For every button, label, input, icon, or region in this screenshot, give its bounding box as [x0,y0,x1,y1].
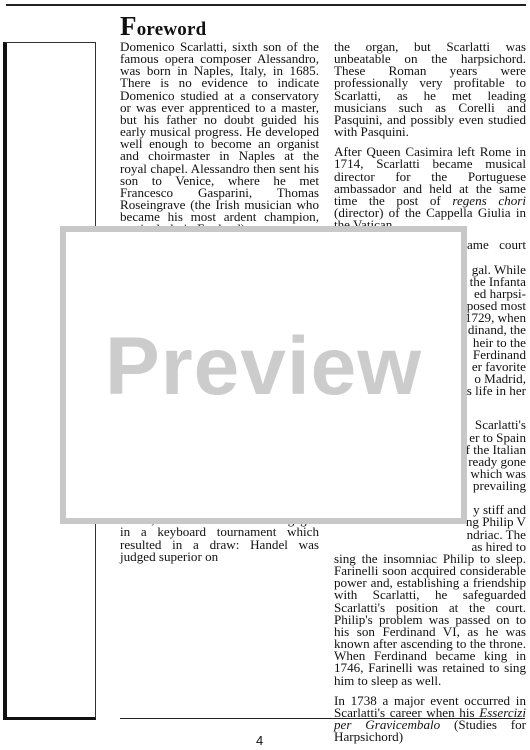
bottom-rule [120,718,525,719]
paragraph: y stiff andng Philip Vndriac. Theas hire… [334,504,526,686]
paragraph: Domenico Scarlatti, sixth son of the fam… [120,41,319,236]
paragraph: After Queen Casimira left Rome in 1714, … [334,146,526,231]
title-initial: F [120,11,137,41]
paragraph: the organ, but Scarlatti was unbeatable … [334,41,526,138]
paragraph-text: Domenico Scarlatti, sixth son of the fam… [120,39,319,236]
title-rest: oreword [137,19,207,40]
top-rule [6,4,526,6]
page-number: 4 [256,733,263,748]
preview-label: Preview [66,320,461,414]
paragraph-text: the organ, but Scarlatti was unbeatable … [334,39,526,139]
paragraph-text: sing the insomniac Philip to sleep. Fari… [334,553,526,687]
page-title: Foreword [120,14,206,42]
preview-watermark-overlay: Preview [60,226,467,524]
